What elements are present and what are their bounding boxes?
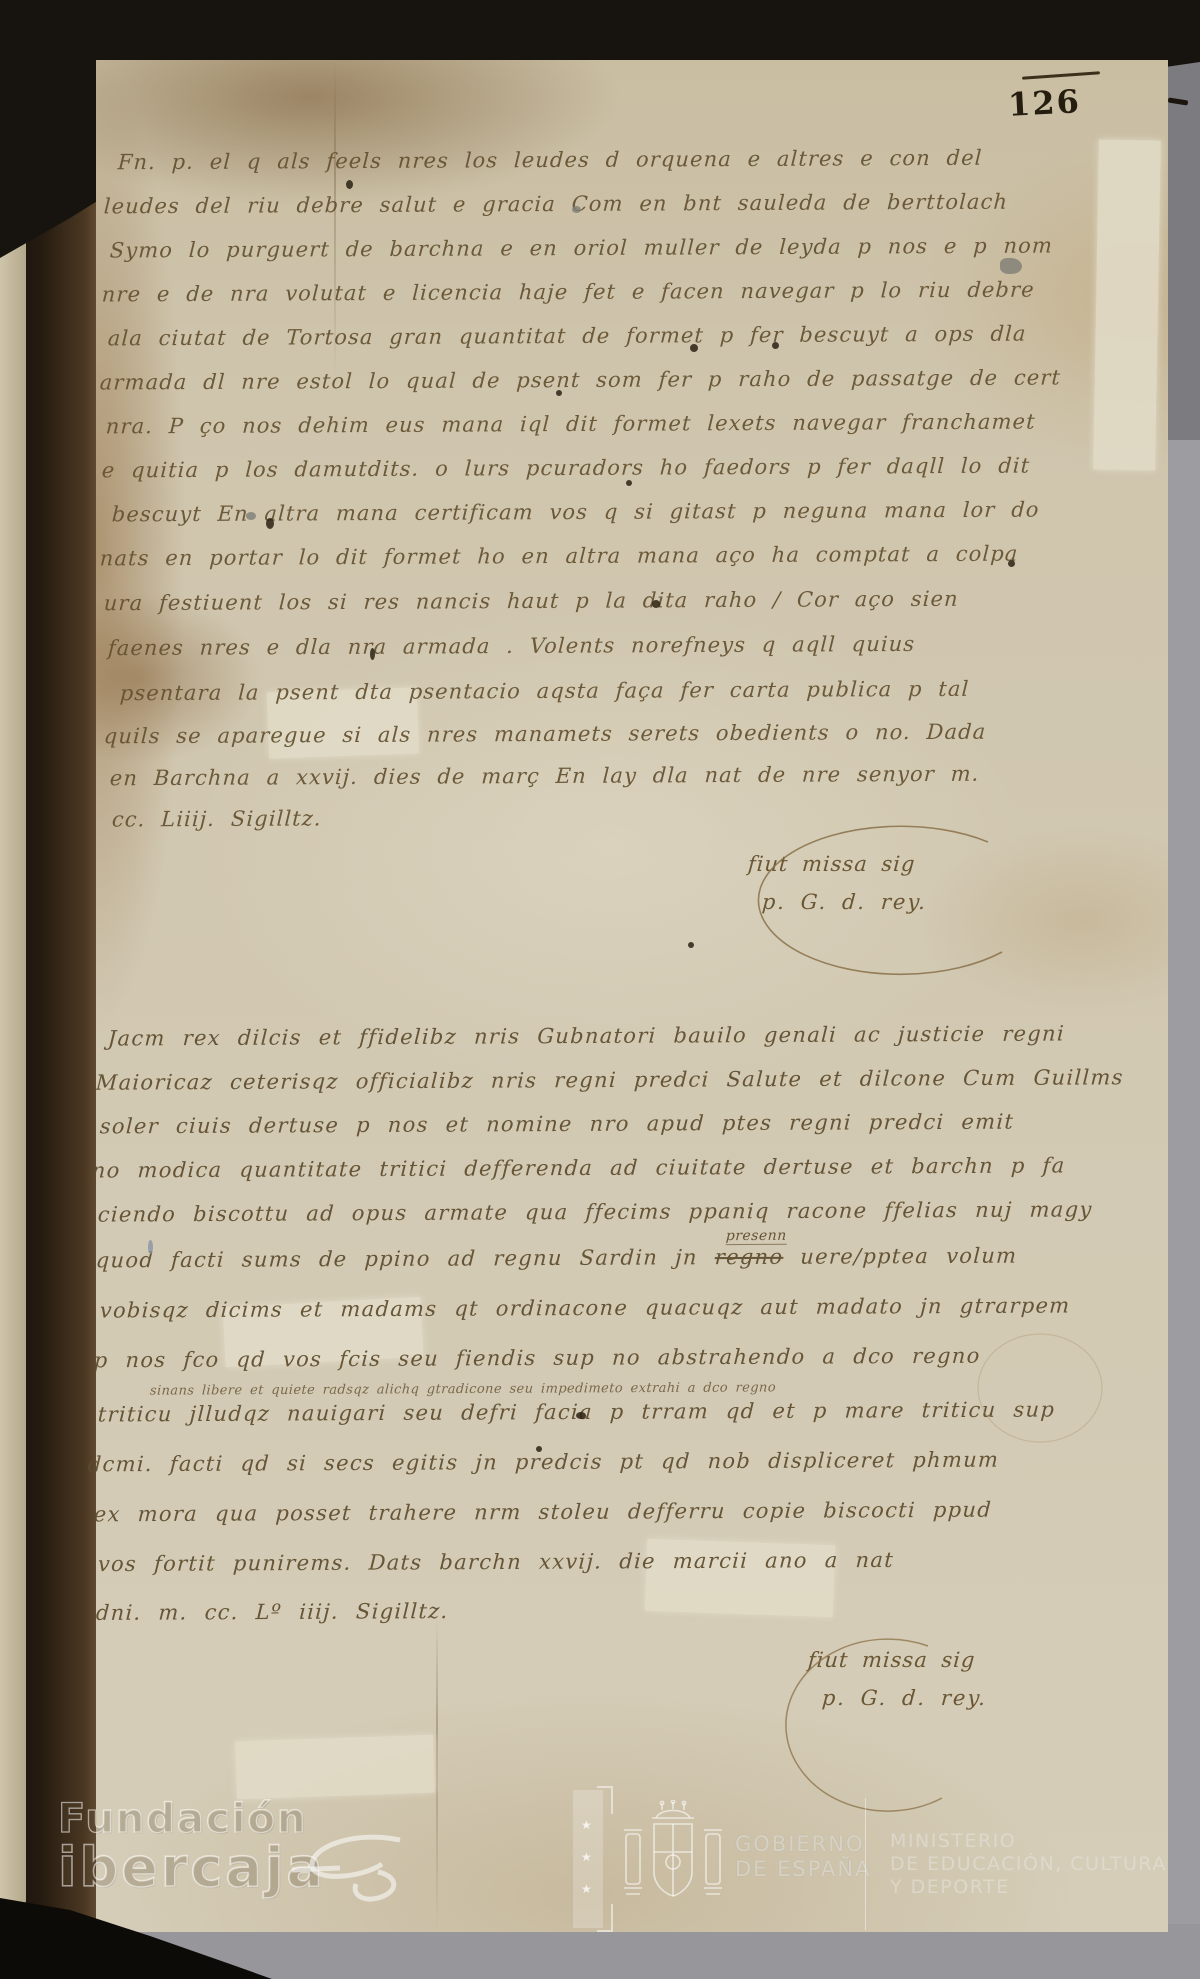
ink-blot: [1008, 560, 1015, 567]
manuscript-line: nre e de nra volutat e licencia haje fet…: [101, 278, 1035, 307]
crop-mark: [597, 1904, 613, 1932]
paper-patch: [1093, 139, 1161, 470]
eu-flag-bar: ★ ★ ★: [573, 1790, 603, 1928]
manuscript-line: leudes del riu debre salut e gracia Com …: [103, 190, 1008, 219]
ink-blot: [576, 1412, 586, 1419]
manuscript-line: vos fortit punirems. Dats barchn xxvij. …: [97, 1548, 894, 1576]
ibercaja-watermark-line2: ibercaja: [58, 1836, 326, 1899]
manuscript-line: soler ciuis dertuse p nos et nomine nro …: [99, 1110, 1014, 1139]
ministerio-line2: DE EDUCACIÓN, CULTURA: [890, 1853, 1167, 1876]
line-text: quod facti sums de ppino ad regnu Sardin…: [95, 1245, 715, 1272]
manuscript-line-with-correction: quod facti sums de ppino ad regnu Sardin…: [95, 1244, 1018, 1273]
star-icon: ★: [581, 1818, 592, 1832]
manuscript-line: Fn. p. el q als feels nres los leudes d …: [117, 146, 983, 175]
manuscript-scan: 126 Fn. p. el q als feels nres los leude…: [0, 0, 1200, 1979]
manuscript-line: dcmi. facti qd si secs egitis jn predcis…: [87, 1448, 999, 1477]
manuscript-line: ex mora qua posset trahere nrm stoleu de…: [93, 1498, 992, 1527]
manuscript-line: ala ciutat de Tortosa gran quantitat de …: [107, 322, 1027, 351]
note-text: fiut missa sig: [807, 1648, 988, 1672]
manuscript-line: cc. Liiij. Sigilltz.: [111, 806, 322, 831]
gobierno-line1: GOBIERNO: [735, 1832, 871, 1857]
marginal-note-2: fiut missa sig p. G. d. rey.: [808, 1648, 987, 1710]
manuscript-line: en Barchna a xxvij. dies de març En lay …: [109, 762, 980, 791]
manuscript-line: ura festiuent los si res nancis haut p l…: [103, 587, 959, 615]
crop-mark: [597, 1786, 613, 1814]
ink-blot: [690, 344, 698, 352]
fold-crease: [436, 1620, 438, 1932]
manuscript-line: Symo lo purguert de barchna e en oriol m…: [109, 234, 1053, 263]
page-number: 126: [1007, 82, 1082, 124]
manuscript-line: no modica quantitate tritici defferenda …: [91, 1153, 1066, 1182]
manuscript-line: e quitia p los damutdits. o lurs pcurado…: [101, 454, 1030, 483]
ink-blot: [688, 942, 694, 948]
facing-page-edge: [0, 205, 26, 1910]
ministerio-line1: MINISTERIO: [890, 1830, 1167, 1853]
paper-patch: [235, 1735, 435, 1800]
line-text: uere/pptea volum: [783, 1244, 1018, 1269]
marginal-note-1: fiut missa sig p. G. d. rey.: [748, 852, 927, 914]
manuscript-line: psentara la psent dta psentacio aqsta fa…: [119, 677, 970, 705]
manuscript-line: quils se aparegue si als nres manamets s…: [103, 720, 987, 749]
inserted-word: presenn: [725, 1228, 787, 1245]
watermark-divider: [865, 1798, 866, 1930]
star-icon: ★: [581, 1850, 592, 1864]
struck-word: regno: [714, 1245, 784, 1269]
ink-blot: [370, 648, 375, 660]
smudge: [148, 1240, 153, 1254]
gobierno-watermark: GOBIERNO DE ESPAÑA: [735, 1832, 871, 1882]
gobierno-line2: DE ESPAÑA: [735, 1857, 871, 1882]
manuscript-line: dni. m. cc. Lº iiij. Sigilltz.: [95, 1599, 449, 1625]
ink-blot: [772, 342, 779, 349]
ink-blot: [346, 180, 353, 189]
manuscript-line: faenes nres e dla nra armada . Volents n…: [107, 632, 915, 660]
note-text: fiut missa sig: [747, 852, 928, 876]
manuscript-line: armada dl nre estol lo qual de psent som…: [99, 365, 1061, 394]
ministerio-watermark: MINISTERIO DE EDUCACIÓN, CULTURA Y DEPOR…: [890, 1830, 1167, 1899]
correction: regnopresenn: [714, 1245, 784, 1269]
ink-blot: [536, 1446, 542, 1452]
manuscript-line: Jacm rex dilcis et ffidelibz nris Gubnat…: [107, 1021, 1065, 1050]
smudge: [246, 512, 256, 520]
ink-blot: [266, 518, 274, 529]
manuscript-line: p nos fco qd vos fcis seu fiendis sup no…: [93, 1344, 981, 1373]
manuscript-line: vobisqz dicims et madams qt ordinacone q…: [99, 1293, 1071, 1322]
ibercaja-watermark: Fundación ibercaja: [58, 1796, 326, 1899]
ministerio-line3: Y DEPORTE: [890, 1876, 1167, 1899]
ink-blot: [626, 480, 632, 486]
star-icon: ★: [581, 1882, 592, 1896]
ink-blot: [652, 600, 660, 608]
manuscript-line: nats en portar lo dit formet ho en altra…: [99, 542, 1019, 571]
smudge: [1000, 258, 1022, 274]
note-signature: p. G. d. rey.: [761, 890, 928, 914]
manuscript-line: nra. P ço nos dehim eus mana iql dit for…: [105, 410, 1036, 439]
smudge: [572, 206, 581, 213]
note-signature: p. G. d. rey.: [821, 1686, 988, 1710]
ink-blot: [556, 390, 562, 396]
